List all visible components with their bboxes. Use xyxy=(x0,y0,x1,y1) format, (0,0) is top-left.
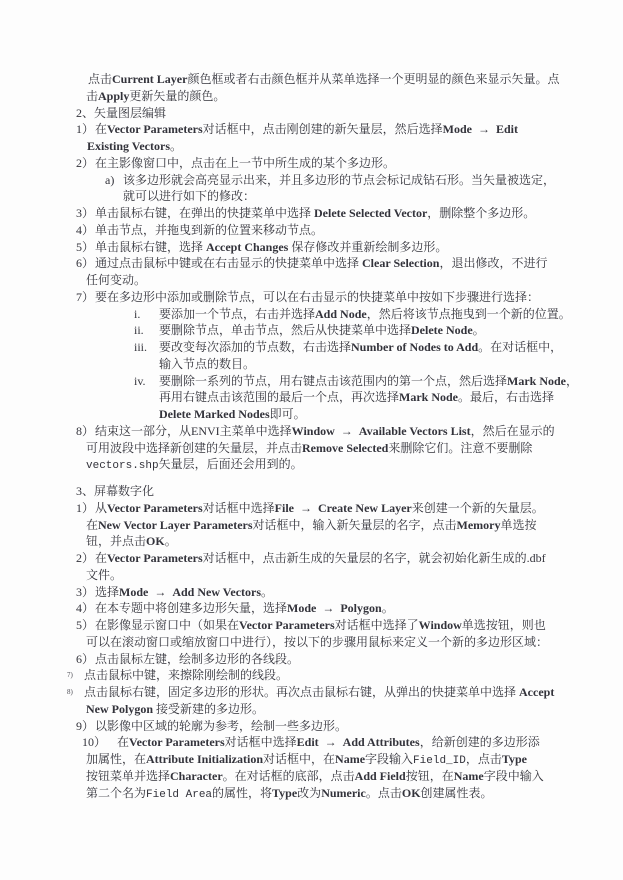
code-text: Field Area xyxy=(146,789,212,801)
body-text: 对话框中选择 xyxy=(225,735,297,749)
body-text: 接受新建的多边形。 xyxy=(153,702,264,716)
body-text: 3、屏幕数字化 xyxy=(76,484,154,498)
list-marker: 5） xyxy=(76,239,95,256)
text-line: 2、矢量图层编辑 xyxy=(0,105,623,122)
body-text: 文件。 xyxy=(86,568,122,582)
text-line: Delete Marked Nodes即可。 xyxy=(0,406,623,423)
list-marker: 1） xyxy=(76,121,95,138)
body-text: 可用波段中选择新创建的矢量层，并点击 xyxy=(86,441,302,455)
emphasis-text: Existing Vectors xyxy=(87,139,170,153)
body-text: 在 xyxy=(86,518,98,532)
body-text: 单选按钮，则也 xyxy=(462,618,546,632)
text-line: New Polygon 接受新建的多边形。 xyxy=(0,701,623,718)
list-marker: iii. xyxy=(134,339,159,356)
list-marker: 2） xyxy=(76,550,95,567)
emphasis-text: Type xyxy=(502,752,527,766)
body-text: ，给新创建的多边形添 xyxy=(420,735,540,749)
body-text: 第二个名为 xyxy=(86,786,146,800)
body-text: 在本专题中将创建多边形矢量，选择 xyxy=(95,601,287,615)
emphasis-text: Delete Marked Nodes xyxy=(159,407,270,421)
list-marker: 4） xyxy=(76,222,95,239)
emphasis-text: Vector Parameters xyxy=(107,551,203,565)
body-text: 对话框中选择了 xyxy=(335,618,419,632)
emphasis-text: Add Node xyxy=(315,307,367,321)
text-line: 2）在主影像窗口中，点击在上一节中所生成的某个多边形。 xyxy=(0,155,623,172)
body-text: 保存修改并重新绘制多边形。 xyxy=(288,240,447,254)
blank-line xyxy=(0,473,623,483)
body-text: 要改变每次添加的节点数，右击选择 xyxy=(159,340,351,354)
list-marker: 8) xyxy=(67,684,84,701)
text-line: 8)点击鼠标右键，固定多边形的形状。再次点击鼠标右键，从弹出的快捷菜单中选择 A… xyxy=(0,684,623,701)
list-marker: 7） xyxy=(76,289,95,306)
body-text: 字段输入 xyxy=(365,752,413,766)
text-line: 可用波段中选择新创建的矢量层，并点击Remove Selected来删除它们。注… xyxy=(0,440,623,457)
body-text: 按钮，在 xyxy=(406,769,454,783)
body-text: 从 xyxy=(95,501,107,515)
list-marker: 8） xyxy=(76,423,95,440)
body-text: 。 xyxy=(170,139,182,153)
body-text: 对话框中，点击新生成的矢量层的名字，就会初始化新生成的.dbf xyxy=(203,551,546,565)
list-marker: iv. xyxy=(134,373,159,390)
emphasis-text: New Polygon xyxy=(86,702,153,716)
body-text: 点击鼠标左键，绘制多边形的各线段。 xyxy=(95,652,299,666)
body-text: 再用右键点击该范围的最后一个点，再次选择 xyxy=(159,390,399,404)
body-text: 改为 xyxy=(297,786,321,800)
body-text: 选择 xyxy=(95,585,119,599)
emphasis-text: Vector Parameters xyxy=(239,618,335,632)
emphasis-text: Delete Selected Vector xyxy=(314,206,427,220)
emphasis-text: Name xyxy=(454,769,484,783)
body-text: 就可以进行如下的修改： xyxy=(123,189,255,203)
emphasis-text: Mark Node xyxy=(399,390,458,404)
body-text: 可以在滚动窗口或缩放窗口中进行），按以下的步骤用鼠标来定义一个新的多边形区域： xyxy=(86,635,548,649)
body-text: ， xyxy=(566,374,578,388)
emphasis-text: Numeric xyxy=(321,786,366,800)
body-text: ，退出修改，不进行 xyxy=(439,256,547,270)
body-text: 对话框中，在 xyxy=(263,752,335,766)
text-line: vectors.shp矢量层，后面还会用到的。 xyxy=(0,456,623,473)
text-line: 5）单击鼠标右键，选择 Accept Changes 保存修改并重新绘制多边形。 xyxy=(0,239,623,256)
body-text: 来创建一个新的矢量层。 xyxy=(412,501,544,515)
body-text: 。在对话框的底部，点击 xyxy=(223,769,355,783)
body-text: 对话框中，输入新矢量层的名字，点击 xyxy=(253,518,457,532)
text-line: 1）在Vector Parameters对话框中，点击刚创建的新矢量层，然后选择… xyxy=(0,121,623,138)
text-line: 1）从Vector Parameters对话框中选择File → Create … xyxy=(0,500,623,517)
emphasis-text: Mode → Add New Vectors xyxy=(119,585,261,599)
text-line: iv.要删除一系列的节点，用右键点击该范围内的第一个点，然后选择Mark Nod… xyxy=(0,373,623,390)
emphasis-text: Window xyxy=(419,618,462,632)
text-line: 7)点击鼠标中键，来擦除刚绘制的线段。 xyxy=(0,667,623,684)
body-text: 。在对话框中， xyxy=(478,340,562,354)
emphasis-text: OK xyxy=(402,786,421,800)
body-text: 单击鼠标右键，选择 xyxy=(95,240,206,254)
body-text: ，然后将该节点拖曳到一个新的位置。 xyxy=(367,307,571,321)
list-marker: 6） xyxy=(76,651,95,668)
list-marker: 4） xyxy=(76,600,95,617)
list-marker: i. xyxy=(134,306,159,323)
emphasis-text: Clear Selection xyxy=(362,256,439,270)
body-text: 更新矢量的颜色。 xyxy=(129,89,225,103)
emphasis-text: New Vector Layer Parameters xyxy=(98,518,253,532)
text-line: 再用右键点击该范围的最后一个点，再次选择Mark Node。最后，右击选择 xyxy=(0,389,623,406)
emphasis-text: Remove Selected xyxy=(302,441,388,455)
body-text: 。最后，右击选择 xyxy=(458,390,554,404)
body-text: 点击 xyxy=(88,72,112,86)
emphasis-text: Window → Available Vectors List xyxy=(292,424,471,438)
emphasis-text: Mode → Polygon xyxy=(287,601,382,615)
list-marker: 9） xyxy=(76,718,95,735)
emphasis-text: Add Field xyxy=(355,769,406,783)
text-line: 按钮菜单并选择Character。在对话框的底部，点击Add Field按钮，在… xyxy=(0,768,623,785)
body-text: 对话框中，点击刚创建的新矢量层，然后选择 xyxy=(203,122,443,136)
list-marker: a) xyxy=(105,172,123,189)
body-text: 在 xyxy=(117,735,129,749)
body-text: 结束这一部分，从ENVI主菜单中选择 xyxy=(95,424,292,438)
document-body: 点击Current Layer颜色框或者右击颜色框并从菜单选择一个更明显的颜色来… xyxy=(0,71,623,801)
text-line: Existing Vectors。 xyxy=(0,138,623,155)
emphasis-text: Current Layer xyxy=(112,72,187,86)
body-text: 通过点击鼠标中键或在右击显示的快捷菜单中选择 xyxy=(95,256,362,270)
body-text: 字段中输入 xyxy=(484,769,544,783)
emphasis-text: Delete Node xyxy=(411,323,473,337)
text-line: 就可以进行如下的修改： xyxy=(0,188,623,205)
emphasis-text: Mode → Edit xyxy=(443,122,518,136)
body-text: 该多边形就会高亮显示出来，并且多边形的节点会标记成钻石形。当矢量被选定， xyxy=(123,173,555,187)
body-text: 要删除节点，单击节点，然后从快捷菜单中选择 xyxy=(159,323,411,337)
list-marker: 1） xyxy=(76,500,95,517)
body-text: 矢量层，后面还会用到的。 xyxy=(159,457,303,471)
body-text: 输入节点的数目。 xyxy=(159,357,255,371)
body-text: 颜色框或者右击颜色框并从菜单选择一个更明显的颜色来显示矢量。点 xyxy=(187,72,559,86)
text-line: 在New Vector Layer Parameters对话框中，输入新矢量层的… xyxy=(0,517,623,534)
body-text: 按钮菜单并选择 xyxy=(86,769,170,783)
body-text: 点击鼠标右键，固定多边形的形状。再次点击鼠标右键，从弹出的快捷菜单中选择 xyxy=(84,685,519,699)
body-text: 以影像中区域的轮廓为参考，绘制一些多边形。 xyxy=(95,719,347,733)
text-line: 击Apply更新矢量的颜色。 xyxy=(0,88,623,105)
emphasis-text: OK xyxy=(146,534,165,548)
text-line: 9）以影像中区域的轮廓为参考，绘制一些多边形。 xyxy=(0,718,623,735)
text-line: i.要添加一个节点，右击并选择Add Node，然后将该节点拖曳到一个新的位置。 xyxy=(0,306,623,323)
emphasis-text: Attribute Initialization xyxy=(146,752,263,766)
body-text: 对话框中选择 xyxy=(203,501,275,515)
text-line: ii.要删除节点，单击节点，然后从快捷菜单中选择Delete Node。 xyxy=(0,322,623,339)
emphasis-text: Name xyxy=(335,752,365,766)
emphasis-text: File → Create New Layer xyxy=(275,501,412,515)
document-page: 点击Current Layer颜色框或者右击颜色框并从菜单选择一个更明显的颜色来… xyxy=(0,0,623,880)
body-text: 击 xyxy=(86,89,98,103)
text-line: 4）单击节点，并拖曳到新的位置来移动节点。 xyxy=(0,222,623,239)
body-text: 钮，并点击 xyxy=(86,534,146,548)
emphasis-text: Memory xyxy=(457,518,501,532)
body-text: 创建属性表。 xyxy=(421,786,493,800)
list-marker: 3） xyxy=(76,205,95,222)
text-line: 6）通过点击鼠标中键或在右击显示的快捷菜单中选择 Clear Selection… xyxy=(0,255,623,272)
text-line: 3）选择Mode → Add New Vectors。 xyxy=(0,584,623,601)
text-line: 文件。 xyxy=(0,567,623,584)
body-text: 单击节点，并拖曳到新的位置来移动节点。 xyxy=(95,223,323,237)
body-text: 2、矢量图层编辑 xyxy=(76,106,166,120)
text-line: 10）在Vector Parameters对话框中选择Edit → Add At… xyxy=(0,734,623,751)
body-text: 要删除一系列的节点，用右键点击该范围内的第一个点，然后选择 xyxy=(159,374,507,388)
body-text: 。 xyxy=(261,585,273,599)
text-line: 任何变动。 xyxy=(0,272,623,289)
body-text: 在 xyxy=(95,551,107,565)
emphasis-text: Accept Changes xyxy=(206,240,288,254)
list-marker: 3） xyxy=(76,584,95,601)
emphasis-text: Vector Parameters xyxy=(107,122,203,136)
body-text: 。 xyxy=(165,534,177,548)
code-text: Field_ID xyxy=(413,755,466,767)
text-line: 3）单击鼠标右键，在弹出的快捷菜单中选择 Delete Selected Vec… xyxy=(0,205,623,222)
body-text: 的属性，将 xyxy=(212,786,272,800)
list-marker: 6） xyxy=(76,255,95,272)
body-text: 。 xyxy=(382,601,394,615)
list-marker: 7) xyxy=(67,667,84,684)
list-marker: ii. xyxy=(134,322,159,339)
text-line: 第二个名为Field Area的属性，将Type改为Numeric。点击OK创建… xyxy=(0,785,623,802)
text-line: 4）在本专题中将创建多边形矢量，选择Mode → Polygon。 xyxy=(0,600,623,617)
body-text: 。 xyxy=(473,323,485,337)
emphasis-text: Type xyxy=(272,786,297,800)
body-text: ，然后在显示的 xyxy=(471,424,555,438)
code-text: vectors.shp xyxy=(86,460,159,472)
text-line: 2）在Vector Parameters对话框中，点击新生成的矢量层的名字，就会… xyxy=(0,550,623,567)
body-text: 要在多边形中添加或删除节点，可以在右击显示的快捷菜单中按如下步骤进行选择： xyxy=(95,290,539,304)
body-text: 任何变动。 xyxy=(86,273,146,287)
body-text: 在 xyxy=(95,122,107,136)
text-line: a)该多边形就会高亮显示出来，并且多边形的节点会标记成钻石形。当矢量被选定， xyxy=(0,172,623,189)
emphasis-text: Vector Parameters xyxy=(129,735,225,749)
text-line: 钮，并点击OK。 xyxy=(0,533,623,550)
body-text: 。点击 xyxy=(366,786,402,800)
body-text: 来删除它们。注意不要删除 xyxy=(388,441,532,455)
emphasis-text: Number of Nodes to Add xyxy=(351,340,478,354)
text-line: 点击Current Layer颜色框或者右击颜色框并从菜单选择一个更明显的颜色来… xyxy=(0,71,623,88)
body-text: 在影像显示窗口中（如果在 xyxy=(95,618,239,632)
text-line: 6）点击鼠标左键，绘制多边形的各线段。 xyxy=(0,651,623,668)
body-text: ，点击 xyxy=(466,752,502,766)
emphasis-text: Character xyxy=(170,769,223,783)
list-marker: 5） xyxy=(76,617,95,634)
text-line: 5）在影像显示窗口中（如果在Vector Parameters对话框中选择了Wi… xyxy=(0,617,623,634)
text-line: 可以在滚动窗口或缩放窗口中进行），按以下的步骤用鼠标来定义一个新的多边形区域： xyxy=(0,634,623,651)
text-line: 8）结束这一部分，从ENVI主菜单中选择Window → Available V… xyxy=(0,423,623,440)
body-text: 要添加一个节点，右击并选择 xyxy=(159,307,315,321)
body-text: ，删除整个多边形。 xyxy=(427,206,535,220)
text-line: 输入节点的数目。 xyxy=(0,356,623,373)
text-line: 加属性，在Attribute Initialization对话框中，在Name字… xyxy=(0,751,623,768)
body-text: 单击鼠标右键，在弹出的快捷菜单中选择 xyxy=(95,206,314,220)
emphasis-text: Accept xyxy=(519,685,554,699)
body-text: 加属性，在 xyxy=(86,752,146,766)
emphasis-text: Vector Parameters xyxy=(107,501,203,515)
emphasis-text: Mark Node xyxy=(507,374,566,388)
body-text: 即可。 xyxy=(270,407,306,421)
text-line: iii.要改变每次添加的节点数，右击选择Number of Nodes to A… xyxy=(0,339,623,356)
list-marker: 2） xyxy=(76,155,95,172)
body-text: 在主影像窗口中，点击在上一节中所生成的某个多边形。 xyxy=(95,156,395,170)
body-text: 单选按 xyxy=(501,518,537,532)
text-line: 7）要在多边形中添加或删除节点，可以在右击显示的快捷菜单中按如下步骤进行选择： xyxy=(0,289,623,306)
body-text: 点击鼠标中键，来擦除刚绘制的线段。 xyxy=(84,668,288,682)
text-line: 3、屏幕数字化 xyxy=(0,483,623,500)
list-marker: 10） xyxy=(82,734,117,751)
emphasis-text: Apply xyxy=(98,89,129,103)
emphasis-text: Edit → Add Attributes xyxy=(297,735,420,749)
